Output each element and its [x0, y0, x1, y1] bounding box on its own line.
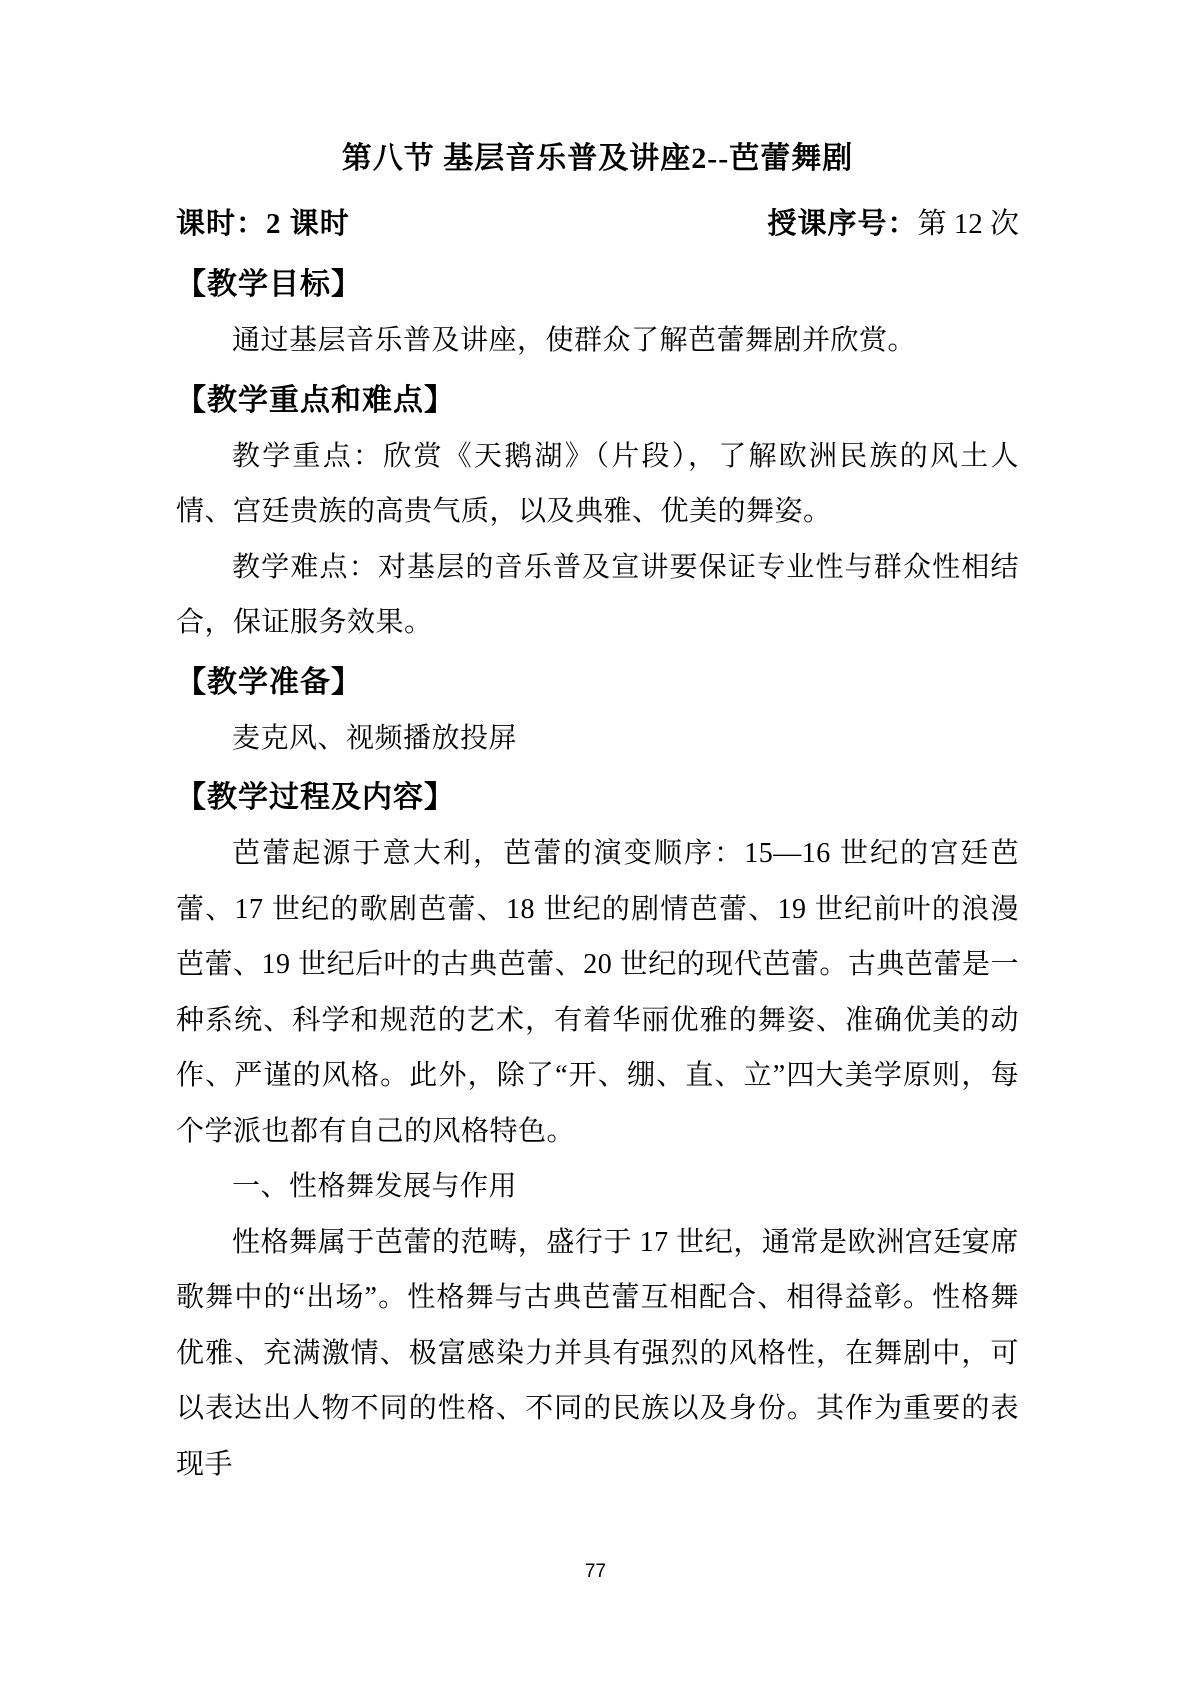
session-number: 授课序号：第 12 次	[767, 196, 1019, 253]
page-number: 77	[0, 1560, 1191, 1584]
paragraph-key-points: 教学重点：欣赏《天鹅湖》（片段），了解欧洲民族的风土人情、宫廷贵族的高贵气质，以…	[176, 429, 1019, 540]
document-title: 第八节 基层音乐普及讲座2--芭蕾舞剧	[176, 130, 1019, 188]
section-heading-teaching-process-content: 【教学过程及内容】	[176, 769, 1019, 826]
session-number-label: 授课序号：	[767, 208, 917, 240]
subheading-character-dance: 一、性格舞发展与作用	[176, 1159, 1019, 1215]
paragraph-preparation: 麦克风、视频播放投屏	[176, 711, 1019, 767]
section-heading-key-points-difficulties: 【教学重点和难点】	[176, 372, 1019, 429]
paragraph-ballet-history: 芭蕾起源于意大利，芭蕾的演变顺序：15—16 世纪的宫廷芭蕾、17 世纪的歌剧芭…	[176, 826, 1019, 1159]
section-heading-teaching-objectives: 【教学目标】	[176, 256, 1019, 313]
section-heading-teaching-preparation: 【教学准备】	[176, 654, 1019, 711]
paragraph-objectives: 通过基层音乐普及讲座，使群众了解芭蕾舞剧并欣赏。	[176, 313, 1019, 369]
document-page: 第八节 基层音乐普及讲座2--芭蕾舞剧 课时：2 课时 授课序号：第 12 次 …	[0, 0, 1191, 1684]
session-number-value: 第 12 次	[917, 208, 1019, 240]
meta-row: 课时：2 课时 授课序号：第 12 次	[176, 196, 1019, 253]
class-hours: 课时：2 课时	[176, 196, 350, 253]
paragraph-character-dance: 性格舞属于芭蕾的范畴，盛行于 17 世纪，通常是欧洲宫廷宴席歌舞中的“出场”。性…	[176, 1215, 1019, 1493]
paragraph-difficulties: 教学难点：对基层的音乐普及宣讲要保证专业性与群众性相结合，保证服务效果。	[176, 540, 1019, 651]
